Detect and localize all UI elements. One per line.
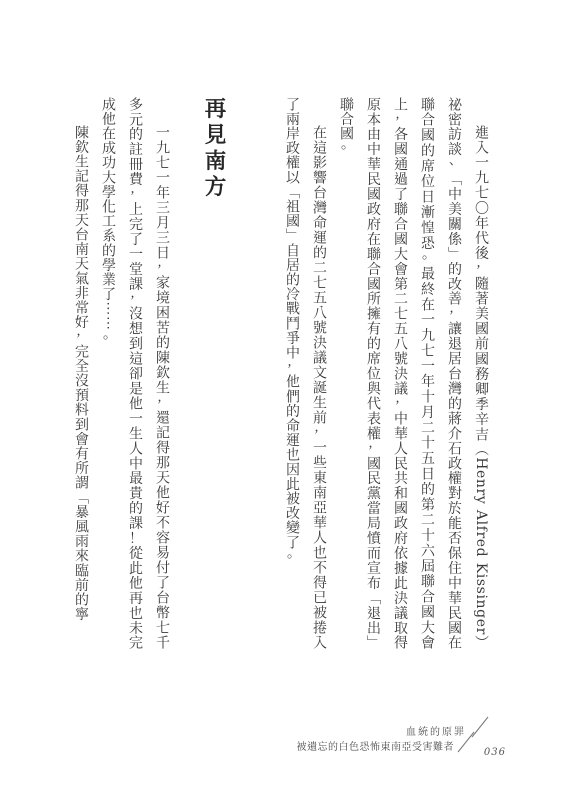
paragraph: 一九七一年三月三日，家境困苦的陳欽生，還記得那天他好不容易付了台幣七千多元的註冊… [94,97,175,650]
paragraph: 進入一九七〇年代後，隨著美國前國務卿季辛吉（Henry Alfred Kissi… [332,97,494,650]
page-number: 036 [484,747,506,758]
page-footer: 血統的原罪 被遺忘的白色恐怖東南亞受害難者 036 [300,716,512,772]
book-page: 進入一九七〇年代後，隨著美國前國務卿季辛吉（Henry Alfred Kissi… [0,0,564,800]
section-heading: 再見南方 [201,97,226,650]
book-subtitle: 被遺忘的白色恐怖東南亞受害難者 [297,738,455,753]
paragraph: 陳欽生記得那天台南天氣非常好，完全沒預料到會有所謂「暴風雨來臨前的寧 [67,97,94,650]
page-content: 進入一九七〇年代後，隨著美國前國務卿季辛吉（Henry Alfred Kissi… [84,97,494,650]
paragraph: 在這影響台灣命運的二七五八號決議文誕生前，一些東南亞華人也不得已被捲入了兩岸政權… [278,97,332,650]
divider-slash-icon [456,731,476,753]
